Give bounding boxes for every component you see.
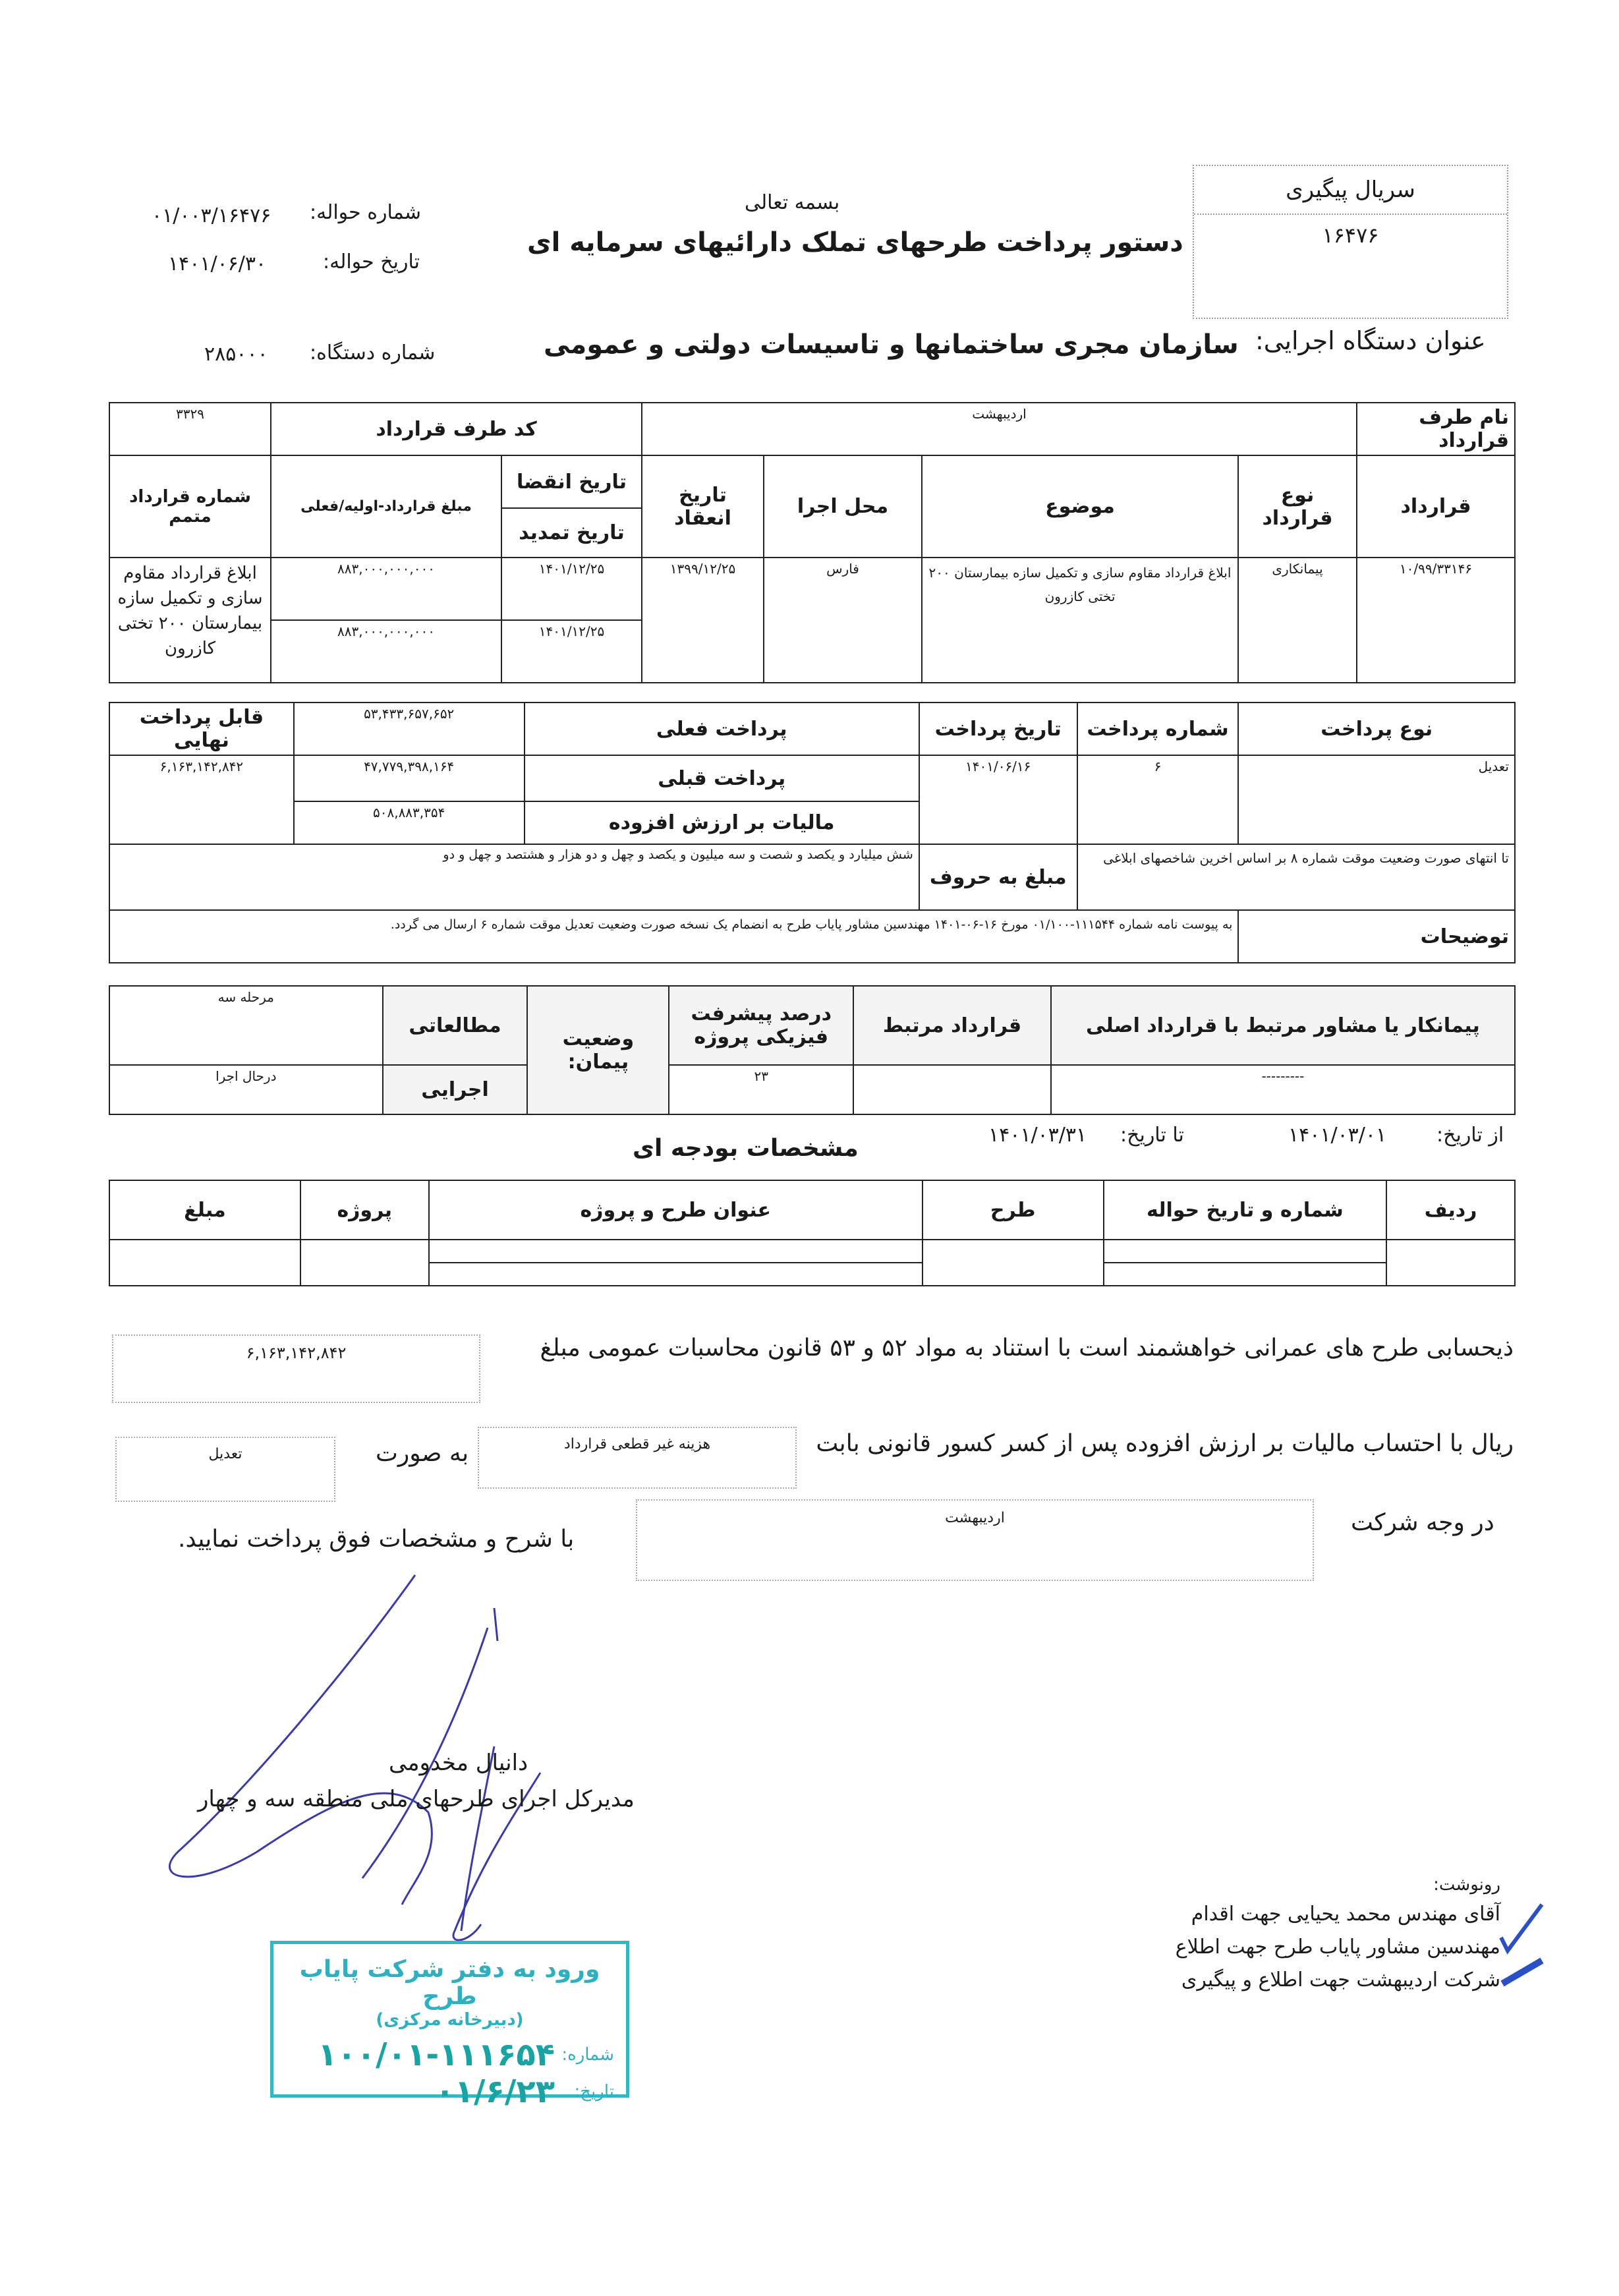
study-value: مرحله سه — [109, 986, 383, 1065]
budget-col-plan: طرح — [923, 1180, 1104, 1240]
budget-col-amount: مبلغ — [109, 1180, 300, 1240]
col-conclusion-date: تاریخ انعقاد — [642, 455, 764, 558]
amount-field-value: ۶,۱۶۳,۱۴۲,۸۴۲ — [113, 1344, 479, 1362]
budget-row — [109, 1240, 1515, 1263]
amount-in-words-value: شش میلیارد و یکصد و شصت و سه میلیون و یک… — [109, 844, 919, 910]
budget-col-transfer: شماره و تاریخ حواله — [1104, 1180, 1387, 1240]
party-name-value: اردیبهشت — [642, 403, 1357, 455]
from-date-value: ۱۴۰۱/۰۳/۰۱ — [1288, 1124, 1386, 1147]
col-location: محل اجرا — [764, 455, 922, 558]
from-date-label: از تاریخ: — [1436, 1124, 1504, 1147]
col-extension-date: تاریخ تمدید — [501, 508, 642, 558]
col-subject: موضوع — [922, 455, 1238, 558]
related-contract-label: قرارداد مرتبط — [853, 986, 1051, 1065]
payment-type-label: نوع پرداخت — [1238, 703, 1515, 755]
party-name-label: نام طرف قرارداد — [1357, 403, 1515, 455]
vat-value: ۵۰۸,۸۸۳,۳۵۴ — [294, 801, 525, 844]
cc-item: مهندسین مشاور پایاب طرح جهت اطلاع — [1176, 1931, 1500, 1964]
stamp-date-label: تاریخ: — [555, 2082, 614, 2102]
body-line-2: ریال با احتساب مالیات بر ارزش افزوده پس … — [816, 1430, 1514, 1457]
as-label: به صورت — [376, 1440, 469, 1467]
transfer-number-label: شماره حواله: — [310, 201, 421, 224]
company-field: اردیبهشت — [636, 1499, 1314, 1581]
budget-table: ردیف شماره و تاریخ حواله طرح عنوان طرح و… — [109, 1180, 1516, 1286]
amount-initial: ۸۸۳,۰۰۰,۰۰۰,۰۰۰ — [271, 558, 501, 620]
col-contract-type: نوع قرارداد — [1238, 455, 1357, 558]
execution-label: اجرایی — [383, 1065, 528, 1114]
study-label: مطالعاتی — [383, 986, 528, 1065]
period-note: تا انتهای صورت وضعیت موقت شماره ۸ بر اسا… — [1077, 844, 1515, 910]
agency-value: سازمان مجری ساختمانها و تاسیسات دولتی و … — [544, 330, 1239, 360]
contract-status-label: وضعیت پیمان: — [527, 986, 669, 1114]
as-field: تعدیل — [115, 1437, 335, 1502]
contract-table: نام طرف قرارداد اردیبهشت کد طرف قرارداد … — [109, 402, 1516, 683]
cc-item: آقای مهندس محمد یحیایی جهت اقدام — [1176, 1898, 1500, 1931]
page-title: دستور پرداخت طرحهای تملک دارائیهای سرمای… — [527, 227, 1183, 258]
stamp-line-1: ورود به دفتر شرکت پایاب طرح — [273, 1956, 626, 2010]
registry-stamp: ورود به دفتر شرکت پایاب طرح (دبیرخانه مر… — [270, 1941, 629, 2098]
transfer-date-value: ۱۴۰۱/۰۶/۳۰ — [168, 252, 266, 275]
status-table: پیمانکار یا مشاور مرتبط با قرارداد اصلی … — [109, 985, 1516, 1115]
agency-number-value: ۲۸۵۰۰۰ — [204, 343, 268, 366]
amount-in-words-label: مبلغ به حروف — [919, 844, 1077, 910]
cc-list: آقای مهندس محمد یحیایی جهت اقدام مهندسین… — [1176, 1898, 1500, 1997]
stamp-line-2: (دبیرخانه مرکزی) — [273, 2010, 626, 2030]
amount-field: ۶,۱۶۳,۱۴۲,۸۴۲ — [112, 1335, 480, 1403]
contract-subject: ابلاغ قرارداد مقاوم سازی و تکمیل سازه بی… — [922, 558, 1238, 683]
reason-field-value: هزینه غیر قطعی قرارداد — [479, 1436, 795, 1452]
transfer-date-label: تاریخ حواله: — [323, 250, 420, 273]
cc-item: شرکت اردیبهشت جهت اطلاع و پیگیری — [1176, 1964, 1500, 1997]
company-field-value: اردیبهشت — [637, 1510, 1313, 1526]
contract-type: پیمانکاری — [1238, 558, 1357, 683]
tracking-serial-value: ۱۶۴۷۶ — [1194, 215, 1507, 248]
previous-payment-label: پرداخت قبلی — [525, 755, 919, 801]
signature-scribble-icon — [152, 1535, 560, 1944]
execution-value: درحال اجرا — [109, 1065, 383, 1114]
checkmark-icon — [1496, 1898, 1548, 1990]
related-party-label: پیمانکار یا مشاور مرتبط با قرارداد اصلی — [1051, 986, 1515, 1065]
conclusion-date: ۱۳۹۹/۱۲/۲۵ — [642, 558, 764, 683]
to-date-value: ۱۴۰۱/۰۳/۳۱ — [988, 1124, 1087, 1147]
related-contract-value — [853, 1065, 1051, 1114]
current-payment-label: پرداخت فعلی — [525, 703, 919, 755]
previous-payment-value: ۴۷,۷۷۹,۳۹۸,۱۶۴ — [294, 755, 525, 801]
tracking-serial-label: سریال پیگیری — [1194, 166, 1507, 215]
col-expiry-date: تاریخ انقضا — [501, 455, 642, 508]
basmala: بسمه تعالی — [745, 191, 839, 214]
payment-table: نوع پرداخت شماره پرداخت تاریخ پرداخت پرد… — [109, 702, 1516, 963]
agency-number-label: شماره دستگاه: — [310, 341, 435, 364]
signatory-title: مدیرکل اجرای طرحهای ملی منطقه سه و چهار — [198, 1786, 635, 1812]
related-party-value: --------- — [1051, 1065, 1515, 1114]
agency-label: عنوان دستگاه اجرایی: — [1255, 326, 1486, 355]
stamp-number-value: ۱۰۰/۰۱-۱۱۱۶۵۴ — [318, 2036, 555, 2073]
budget-col-project: پروژه — [300, 1180, 429, 1240]
as-field-value: تعدیل — [117, 1446, 334, 1462]
payment-date-label: تاریخ پرداخت — [919, 703, 1077, 755]
body-line-3-start: در وجه شرکت — [1351, 1509, 1494, 1536]
budget-title: مشخصات بودجه ای — [633, 1135, 859, 1162]
budget-col-row: ردیف — [1386, 1180, 1515, 1240]
col-supplement-number: شماره قرارداد متمم — [109, 455, 271, 558]
party-code-value: ۳۳۲۹ — [109, 403, 271, 455]
final-payable-value: ۶,۱۶۳,۱۴۲,۸۴۲ — [109, 755, 294, 844]
budget-col-title: عنوان طرح و پروژه — [429, 1180, 923, 1240]
payment-date-value: ۱۴۰۱/۰۶/۱۶ — [919, 755, 1077, 844]
payment-type-value: تعدیل — [1238, 755, 1515, 844]
contract-number: ۱۰/۹۹/۳۳۱۴۶ — [1357, 558, 1515, 683]
progress-label: درصد پیشرفت فیزیکی پروژه — [669, 986, 853, 1065]
progress-value: ۲۳ — [669, 1065, 853, 1114]
notes-label: توضیحات — [1238, 910, 1515, 963]
amount-current: ۸۸۳,۰۰۰,۰۰۰,۰۰۰ — [271, 620, 501, 683]
current-payment-value: ۵۳,۴۳۳,۶۵۷,۶۵۲ — [294, 703, 525, 755]
reason-field: هزینه غیر قطعی قرارداد — [478, 1427, 797, 1489]
payment-number-label: شماره پرداخت — [1077, 703, 1239, 755]
tracking-serial-box: سریال پیگیری ۱۶۴۷۶ — [1193, 165, 1508, 319]
body-line-1: ذیحسابی طرح های عمرانی خواهشمند است با ا… — [540, 1335, 1514, 1362]
cc-label: رونوشت: — [1433, 1868, 1500, 1901]
payment-number-value: ۶ — [1077, 755, 1239, 844]
to-date-label: تا تاریخ: — [1120, 1124, 1184, 1147]
col-contract: قرارداد — [1357, 455, 1515, 558]
extension-date: ۱۴۰۱/۱۲/۲۵ — [501, 620, 642, 683]
col-amount: مبلغ قرارداد-اولیه/فعلی — [271, 455, 501, 558]
signatory-name: دانیال مخدومی — [389, 1750, 528, 1776]
final-payable-label: قابل پرداخت نهایی — [109, 703, 294, 755]
stamp-number-label: شماره: — [555, 2045, 614, 2065]
supplement-number: ابلاغ قرارداد مقاوم سازی و تکمیل سازه بی… — [109, 558, 271, 683]
notes-value: به پیوست نامه شماره ۱۱۱۵۴۴-۰۱/۱۰۰ مورخ ۱… — [109, 910, 1238, 963]
contract-location: فارس — [764, 558, 922, 683]
party-code-label: کد طرف قرارداد — [271, 403, 642, 455]
vat-label: مالیات بر ارزش افزوده — [525, 801, 919, 844]
stamp-date-value: ۰۱/۶/۲۳ — [435, 2073, 555, 2110]
transfer-number-value: ۰۱/۰۰۳/۱۶۴۷۶ — [152, 204, 271, 227]
expiry-date: ۱۴۰۱/۱۲/۲۵ — [501, 558, 642, 620]
